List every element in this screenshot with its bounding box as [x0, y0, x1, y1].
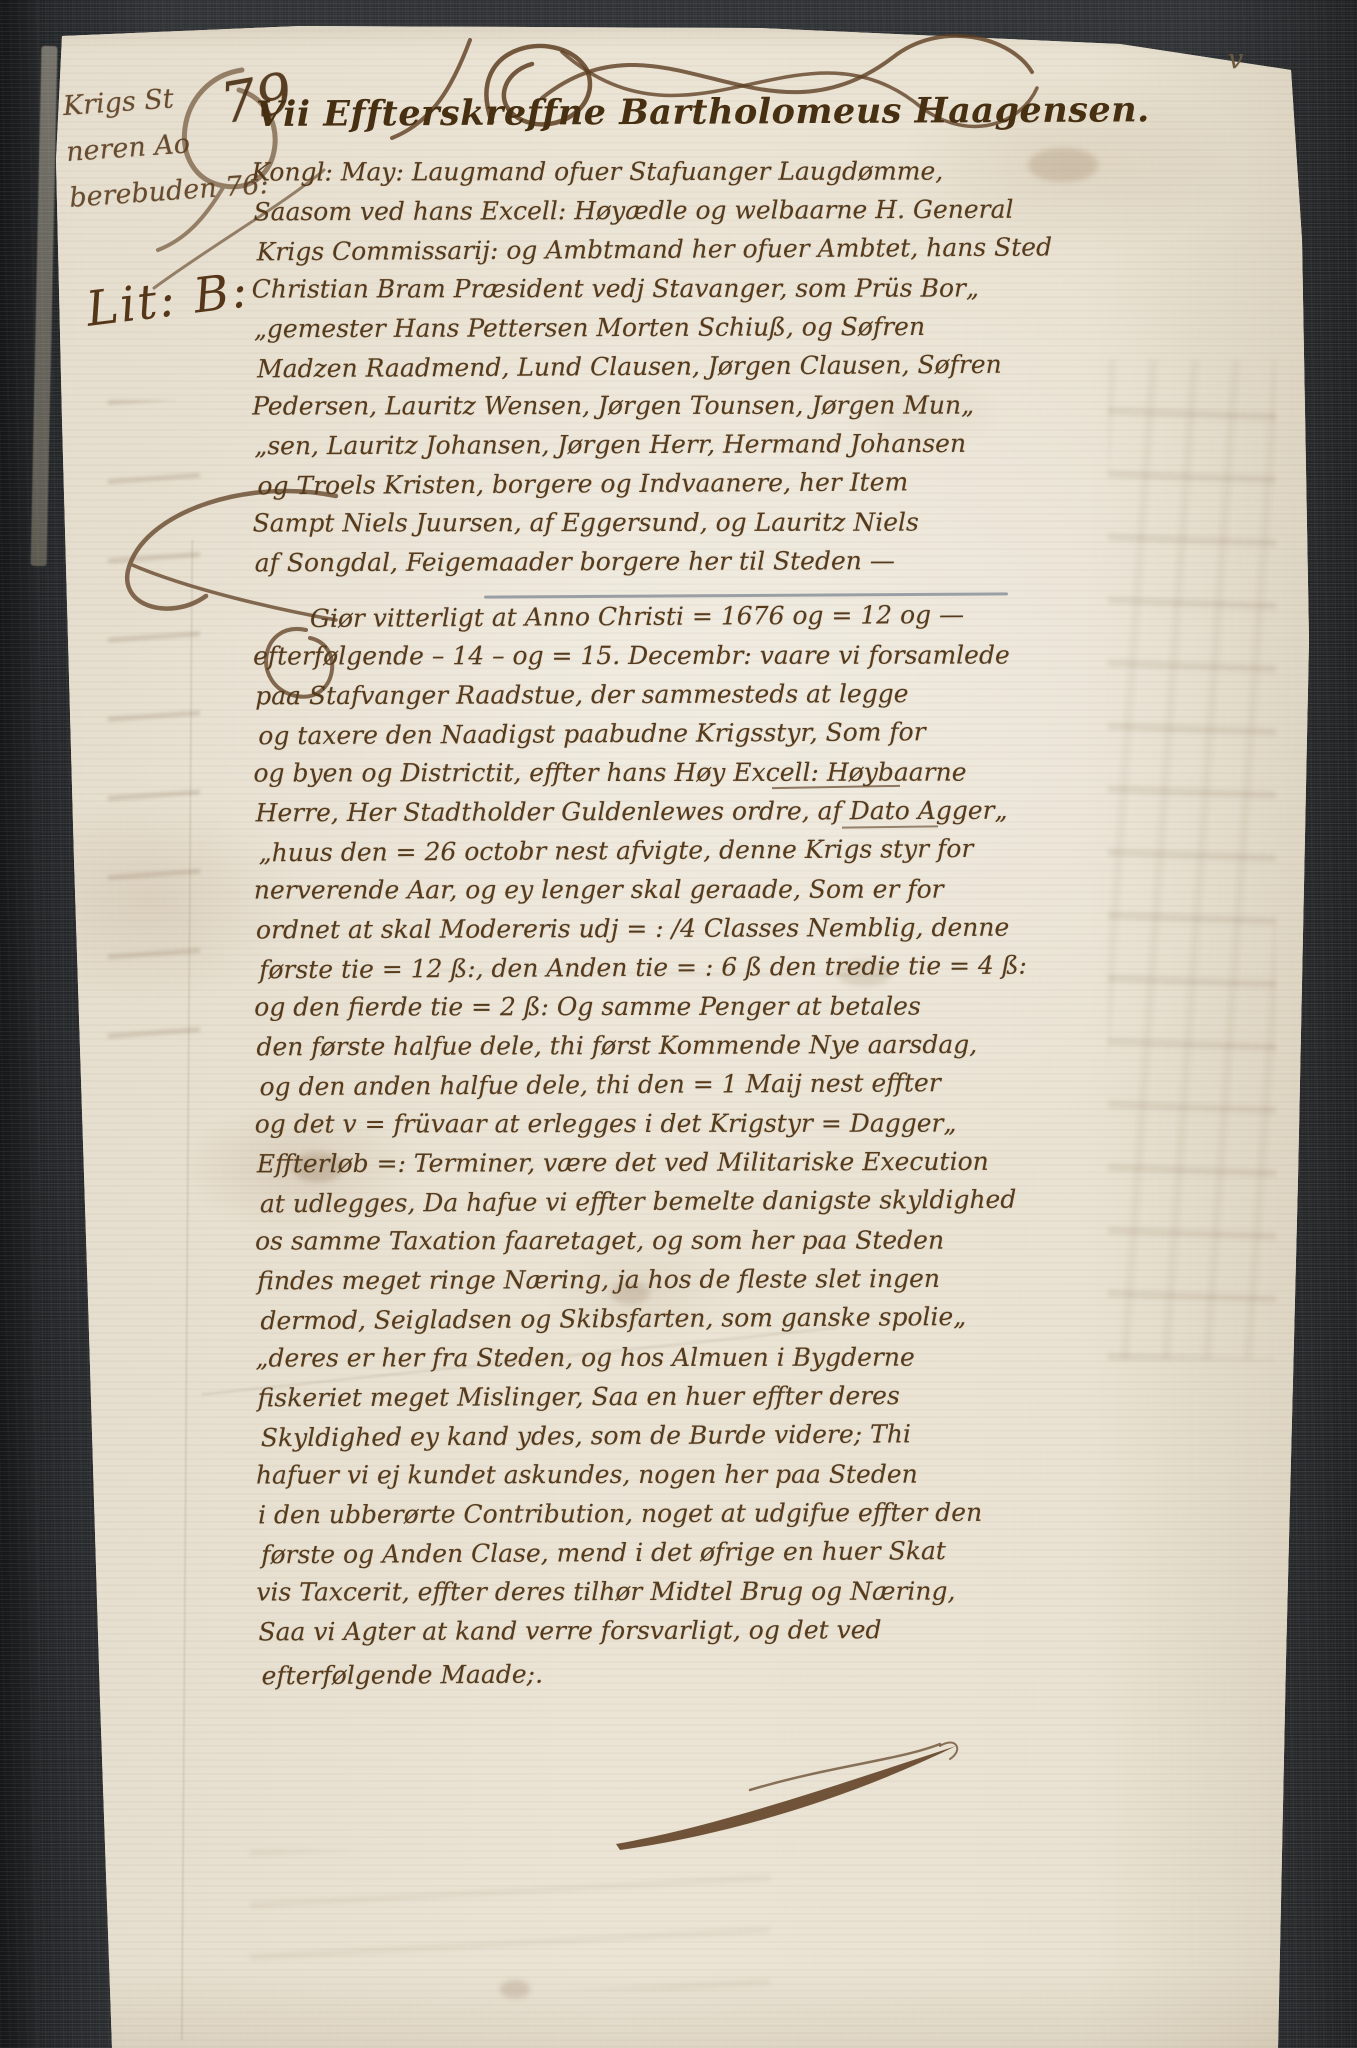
manuscript-line: af Songdal, Feigemaader borgere her til …	[255, 541, 1015, 583]
archive-photo: v Krigs St neren Ao berebuden 76: 79 Lit…	[0, 0, 1357, 2048]
manuscript-line: Kongl: May: Laugmand ofuer Stafuanger La…	[251, 151, 1011, 191]
manuscript-line: nerverende Aar, og ey lenger skal geraad…	[254, 869, 1014, 909]
manuscript-line: og den anden halfue dele, thi den = 1 Ma…	[259, 1063, 1019, 1107]
manuscript-line: dermod, Seigladsen og Skibsfarten, som g…	[260, 1297, 1020, 1341]
manuscript-line: og det v = früvaar at erlegges i det Kri…	[255, 1103, 1015, 1143]
manuscript-line: os samme Taxation faaretaget, og som her…	[255, 1220, 1015, 1260]
manuscript-line: „huus den = 26 octobr nest afvigte, denn…	[259, 829, 1019, 873]
manuscript-line: vis Taxcerit, effter deres tilhør Midtel…	[256, 1571, 1016, 1611]
manuscript-line: første og Anden Clase, mend i det øfrige…	[261, 1531, 1021, 1575]
manuscript-line: hafuer vi ej kundet askundes, nogen her …	[256, 1454, 1016, 1494]
manuscript-line: første tie = 12 ß:, den Anden tie = : 6 …	[259, 946, 1019, 990]
manuscript-line: og Troels Kristen, borgere og Indvaanere…	[257, 462, 1017, 506]
manuscript-line: Krigs Commissarij: og Ambtmand her ofuer…	[257, 228, 1017, 272]
manuscript-line: Pedersen, Lauritz Wensen, Jørgen Tounsen…	[252, 385, 1012, 425]
manuscript-line: paa Stafvanger Raadstue, der sammesteds …	[255, 674, 1015, 716]
manuscript-line: i den ubberørte Contribution, noget at u…	[258, 1493, 1018, 1535]
ink-bleed-marks-right	[1108, 360, 1276, 1360]
manuscript-line: Christian Bram Præsident vedj Stavanger,…	[252, 268, 1012, 308]
manuscript-line: Saa vi Agter at kand verre forsvarligt, …	[258, 1610, 1018, 1652]
manuscript-line: Giør vitterligt at Anno Christi = 1676 o…	[258, 595, 1018, 639]
manuscript-line: „deres er her fra Steden, og hos Almuen …	[255, 1337, 1015, 1377]
manuscript-line: Madzen Raadmend, Lund Clausen, Jørgen Cl…	[257, 345, 1017, 389]
manuscript-line: fiskeriet meget Mislinger, Saa en huer e…	[258, 1376, 1018, 1418]
manuscript-line: Saasom ved hans Excell: Høyædle og welba…	[253, 190, 1013, 232]
manuscript-line: Skyldighed ey kand ydes, som de Burde vi…	[261, 1414, 1021, 1458]
manuscript-line: findes meget ringe Næring, ja hos de fle…	[257, 1259, 1017, 1301]
manuscript-line: efterfølgende – 14 – og = 15. Decembr: v…	[253, 635, 1013, 675]
manuscript-line: ordnet at skal Modereris udj = : /4 Clas…	[256, 908, 1016, 950]
manuscript-text-block: Kongl: May: Laugmand ofuer Stafuanger La…	[253, 151, 1018, 1695]
folio-mark: v	[1228, 44, 1243, 75]
manuscript-heading: Vii Effterskreffne Bartholomeus Haagense…	[256, 90, 1016, 135]
manuscript-line: efterfølgende Maade;.	[262, 1652, 1022, 1696]
manuscript-line: Effterløb =: Terminer, være det ved Mili…	[257, 1142, 1017, 1184]
book-spine-shadow	[0, 0, 40, 2048]
manuscript-line: Sampt Niels Juursen, af Eggersund, og La…	[253, 502, 1013, 542]
manuscript-line: og den fierde tie = 2 ß: Og samme Penger…	[254, 986, 1014, 1026]
stain	[500, 1980, 530, 1998]
manuscript-line: „gemester Hans Pettersen Morten Schiuß, …	[254, 307, 1014, 349]
manuscript-line: og taxere den Naadigst paabudne Krigssty…	[258, 712, 1018, 756]
manuscript-line: „sen, Lauritz Johansen, Jørgen Herr, Her…	[254, 424, 1014, 466]
ink-bleed-marks-left	[108, 400, 200, 1040]
stain	[1028, 148, 1098, 182]
ink-bleed-marks-bottom	[250, 1850, 770, 1990]
manuscript-line: den første halfue dele, thi først Kommen…	[256, 1025, 1016, 1067]
manuscript-line: at udlegges, Da hafue vi effter bemelte …	[260, 1180, 1020, 1224]
